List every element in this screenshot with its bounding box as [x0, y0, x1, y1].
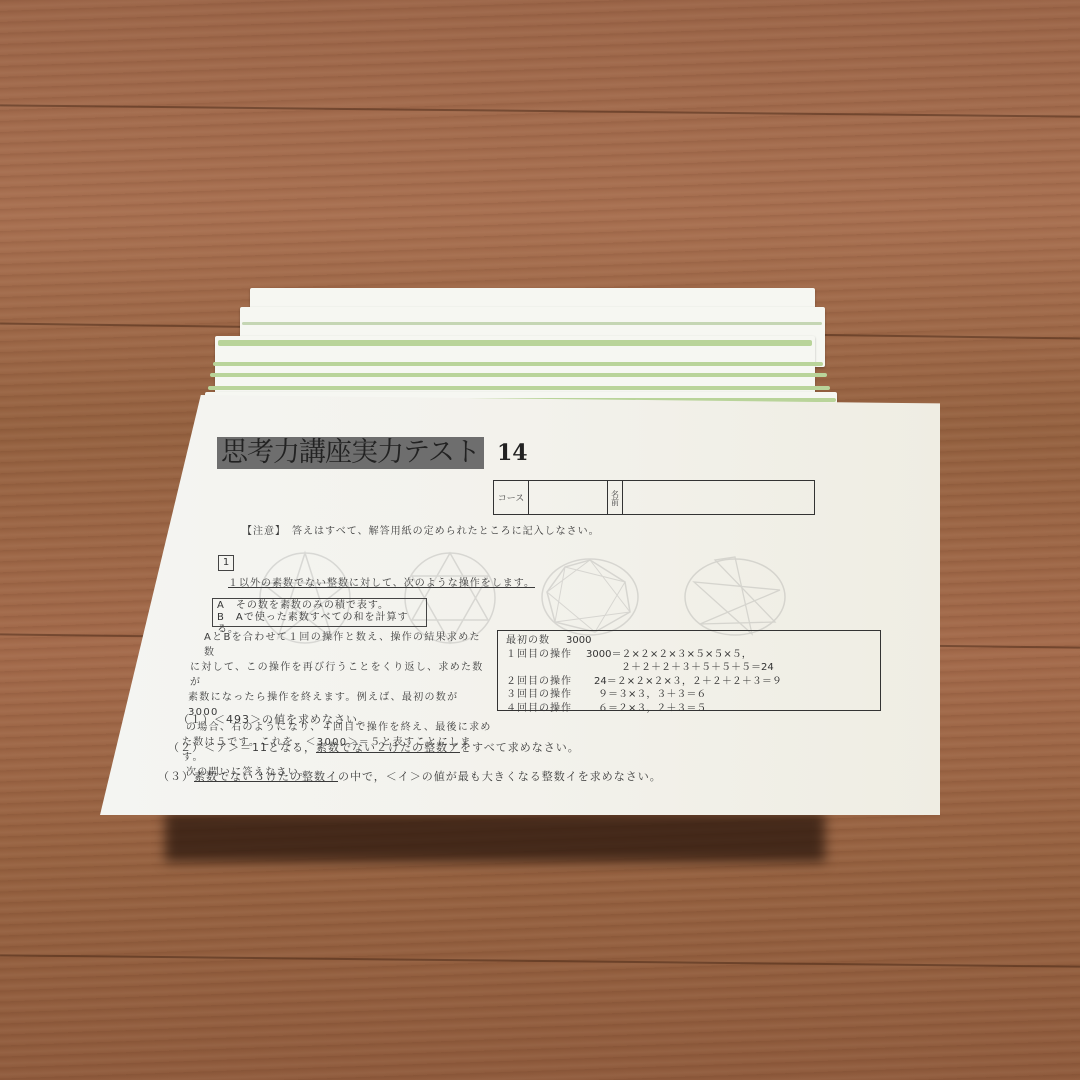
name-label: 名前	[608, 481, 623, 514]
green-edge	[213, 362, 823, 366]
stack-shadow	[165, 812, 825, 862]
info-table: コース 名前	[493, 480, 815, 515]
example-row-value: ６＝２×３，２＋３＝５	[598, 702, 706, 716]
name-field[interactable]	[623, 481, 814, 514]
faint-figure-icon	[535, 552, 645, 637]
example-start-label: 最初の数	[506, 634, 566, 648]
question-2-num: （２）	[168, 741, 204, 754]
course-label: コース	[494, 481, 529, 514]
green-edge	[242, 322, 822, 325]
notice: 【注意】 答えはすべて、解答用紙の定められたところに記入しなさい。	[242, 522, 600, 537]
example-row-label: １回目の操作	[506, 648, 586, 662]
faint-figure-icon	[680, 552, 790, 637]
question-3-underlined: 素数でない３けたの整数イ	[194, 770, 338, 783]
question-2: （２）＜ア＞＝11となる，素数でない２けたの整数アをすべて求めなさい。	[168, 739, 580, 755]
question-1-num: （１）	[178, 713, 214, 726]
explanation: AとBを合わせて１回の操作と数え、操作の結果求めた数 に対して、この操作を再び行…	[182, 630, 492, 780]
example-row-value: 3000＝２×２×２×３×５×５×５，	[586, 648, 752, 662]
example-start-value: 3000	[566, 634, 591, 648]
explanation-line: AとBを合わせて１回の操作と数え、操作の結果求めた数	[182, 630, 492, 660]
explanation-line: に対して、この操作を再び行うことをくり返し、求めた数が	[182, 660, 492, 690]
example-row-label: ３回目の操作	[506, 688, 598, 702]
example-box: 最初の数3000 １回目の操作3000＝２×２×２×３×５×５×５， ２＋２＋２…	[497, 630, 881, 711]
green-edge	[208, 386, 830, 390]
test-title: 思考力講座実力テスト	[217, 437, 484, 469]
question-number: 1	[218, 555, 234, 571]
steps-box: A その数を素数のみの積で表す。 B Aで使った素数すべての和を計算する。	[212, 598, 427, 627]
example-row-value: ２＋２＋２＋３＋５＋５＋５＝24	[621, 661, 774, 675]
question-1: （１）＜493＞の値を求めなさい。	[178, 711, 370, 727]
test-number: 14	[497, 440, 528, 466]
question-intro: １以外の素数でない整数に対して、次のような操作をします。	[228, 574, 535, 589]
example-row-label	[506, 661, 621, 675]
plank-seam	[0, 954, 1080, 967]
question-3-num: （３）	[158, 770, 194, 783]
example-row-value: ９＝３×３，３＋３＝６	[598, 688, 706, 702]
plank-seam	[0, 104, 1080, 117]
question-2-pre: ＜ア＞＝11となる，	[204, 741, 316, 754]
green-edge	[218, 340, 812, 346]
question-3: （３）素数でない３けたの整数イの中で，＜イ＞の値が最も大きくなる整数イを求めなさ…	[158, 768, 662, 784]
question-1-text: ＜493＞の値を求めなさい。	[214, 713, 370, 726]
question-2-post: をすべて求めなさい。	[460, 741, 580, 754]
example-row-value: 24＝２×２×２×３，２＋２＋２＋３＝９	[594, 675, 782, 689]
green-edge	[210, 373, 827, 377]
example-row-label: ４回目の操作	[506, 702, 598, 716]
course-field[interactable]	[529, 481, 608, 514]
example-row-label: ２回目の操作	[506, 675, 594, 689]
question-3-post: の中で，＜イ＞の値が最も大きくなる整数イを求めなさい。	[338, 770, 662, 783]
question-2-underlined: 素数でない２けたの整数ア	[316, 741, 460, 754]
step-a: A その数を素数のみの積で表す。	[217, 600, 422, 612]
